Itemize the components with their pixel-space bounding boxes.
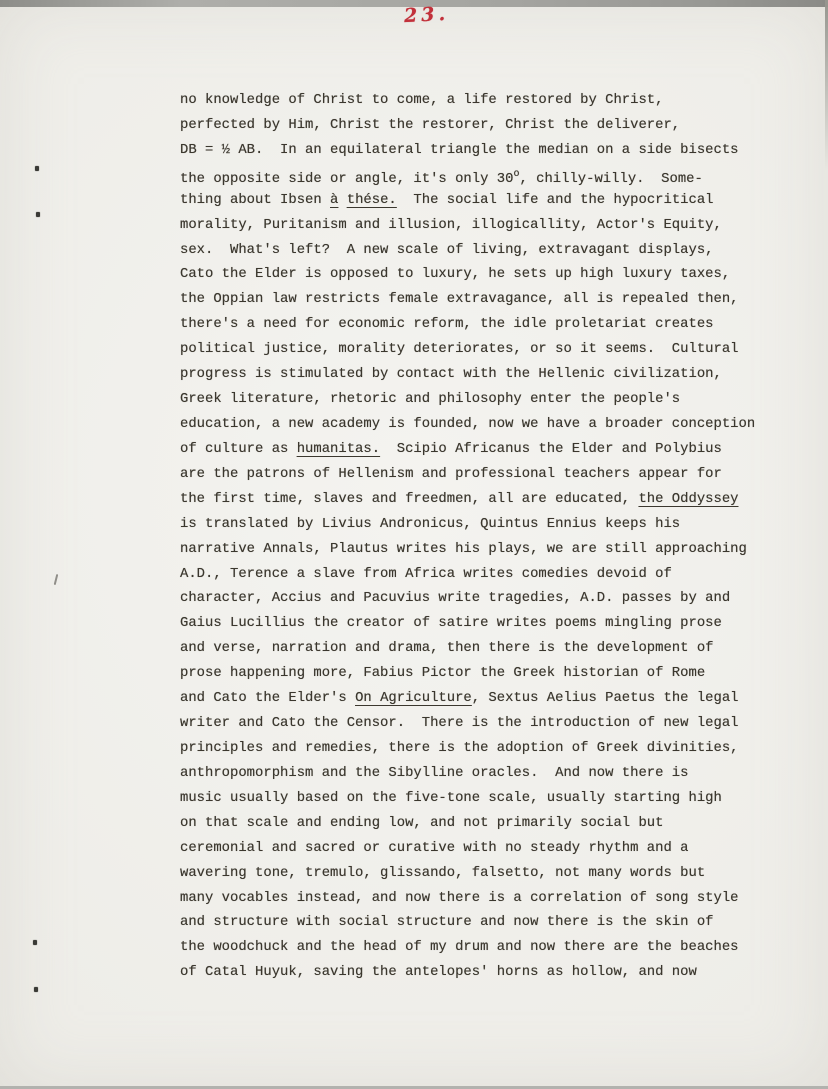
text-segment: progress is stimulated by contact with t… [180, 366, 722, 382]
text-line: are the patrons of Hellenism and profess… [180, 462, 755, 487]
text-line: and verse, narration and drama, then the… [180, 636, 755, 661]
text-line: DB = ½ AB. In an equilateral triangle th… [180, 138, 755, 163]
text-line: education, a new academy is founded, now… [180, 412, 755, 437]
text-line: Gaius Lucillius the creator of satire wr… [180, 611, 755, 636]
text-line: ceremonial and sacred or curative with n… [180, 836, 755, 861]
text-line: and Cato the Elder's On Agriculture, Sex… [180, 686, 755, 711]
text-segment: the opposite side or angle, it's only 30 [180, 171, 513, 187]
text-segment: wavering tone, tremulo, glissando, false… [180, 865, 705, 881]
text-segment: on that scale and ending low, and not pr… [180, 815, 663, 831]
text-segment: music usually based on the five-tone sca… [180, 790, 722, 806]
text-segment: ceremonial and sacred or curative with n… [180, 840, 688, 856]
text-line: principles and remedies, there is the ad… [180, 736, 755, 761]
text-line: no knowledge of Christ to come, a life r… [180, 88, 755, 113]
ink-speck [34, 987, 38, 992]
ink-speck [33, 940, 37, 945]
text-segment: the woodchuck and the head of my drum an… [180, 939, 739, 955]
text-line: sex. What's left? A new scale of living,… [180, 238, 755, 263]
text-line: character, Accius and Pacuvius write tra… [180, 586, 755, 611]
text-segment: character, Accius and Pacuvius write tra… [180, 590, 730, 606]
text-segment: DB = ½ AB. In an equilateral triangle th… [180, 142, 739, 158]
text-line: Greek literature, rhetoric and philosoph… [180, 387, 755, 412]
text-line: the woodchuck and the head of my drum an… [180, 935, 755, 960]
text-segment: A.D., Terence a slave from Africa writes… [180, 566, 672, 582]
text-line: writer and Cato the Censor. There is the… [180, 711, 755, 736]
text-segment: prose happening more, Fabius Pictor the … [180, 665, 705, 681]
text-line: political justice, morality deteriorates… [180, 337, 755, 362]
text-line: narrative Annals, Plautus writes his pla… [180, 537, 755, 562]
text-segment: Gaius Lucillius the creator of satire wr… [180, 615, 722, 631]
text-segment: , chilly-willy. Some- [519, 171, 702, 187]
text-line: of Catal Huyuk, saving the antelopes' ho… [180, 960, 755, 985]
text-line: on that scale and ending low, and not pr… [180, 811, 755, 836]
text-segment: Scipio Africanus the Elder and Polybius [380, 441, 722, 457]
ink-speck [35, 166, 39, 171]
text-segment: and structure with social structure and … [180, 914, 714, 930]
text-segment: , Sextus Aelius Paetus the legal [472, 690, 739, 706]
text-segment: there's a need for economic reform, the … [180, 316, 714, 332]
text-segment: education, a new academy is founded, now… [180, 416, 755, 432]
text-segment: anthropomorphism and the Sibylline oracl… [180, 765, 688, 781]
typewritten-text: no knowledge of Christ to come, a life r… [180, 88, 755, 985]
text-line: the first time, slaves and freedmen, all… [180, 487, 755, 512]
text-segment: narrative Annals, Plautus writes his pla… [180, 541, 747, 557]
text-segment: perfected by Him, Christ the restorer, C… [180, 117, 680, 133]
text-segment: are the patrons of Hellenism and profess… [180, 466, 722, 482]
underlined-text: the Oddyssey [638, 491, 738, 507]
text-line: progress is stimulated by contact with t… [180, 362, 755, 387]
text-segment: no knowledge of Christ to come, a life r… [180, 92, 663, 108]
text-segment: is translated by Livius Andronicus, Quin… [180, 516, 680, 532]
text-segment: principles and remedies, there is the ad… [180, 740, 739, 756]
underlined-text: humanitas. [297, 441, 380, 457]
text-line: A.D., Terence a slave from Africa writes… [180, 562, 755, 587]
text-segment: The social life and the hypocritical [397, 192, 714, 208]
text-segment: of culture as [180, 441, 297, 457]
text-segment: and Cato the Elder's [180, 690, 355, 706]
text-line: wavering tone, tremulo, glissando, false… [180, 861, 755, 886]
text-line: Cato the Elder is opposed to luxury, he … [180, 262, 755, 287]
text-segment: writer and Cato the Censor. There is the… [180, 715, 739, 731]
text-segment: morality, Puritanism and illusion, illog… [180, 217, 722, 233]
text-line: there's a need for economic reform, the … [180, 312, 755, 337]
text-line: thing about Ibsen à thése. The social li… [180, 188, 755, 213]
underlined-text: On Agriculture [355, 690, 472, 706]
text-segment: and verse, narration and drama, then the… [180, 640, 714, 656]
text-segment: sex. What's left? A new scale of living,… [180, 242, 714, 258]
text-line: is translated by Livius Andronicus, Quin… [180, 512, 755, 537]
text-line: morality, Puritanism and illusion, illog… [180, 213, 755, 238]
text-segment: of Catal Huyuk, saving the antelopes' ho… [180, 964, 697, 980]
text-line: many vocables instead, and now there is … [180, 886, 755, 911]
text-line: the Oppian law restricts female extravag… [180, 287, 755, 312]
text-segment: thing about Ibsen [180, 192, 330, 208]
text-segment: political justice, morality deteriorates… [180, 341, 739, 357]
text-segment: many vocables instead, and now there is … [180, 890, 739, 906]
ink-speck [36, 212, 40, 217]
text-segment: the Oppian law restricts female extravag… [180, 291, 739, 307]
text-line: prose happening more, Fabius Pictor the … [180, 661, 755, 686]
text-line: anthropomorphism and the Sibylline oracl… [180, 761, 755, 786]
text-line: perfected by Him, Christ the restorer, C… [180, 113, 755, 138]
text-line: and structure with social structure and … [180, 910, 755, 935]
text-segment: Greek literature, rhetoric and philosoph… [180, 391, 680, 407]
text-segment: Cato the Elder is opposed to luxury, he … [180, 266, 730, 282]
underlined-text: thése. [347, 192, 397, 208]
handwritten-page-number: 23. [403, 3, 449, 27]
text-line: of culture as humanitas. Scipio Africanu… [180, 437, 755, 462]
text-line: music usually based on the five-tone sca… [180, 786, 755, 811]
text-line: the opposite side or angle, it's only 30… [180, 163, 755, 188]
text-segment [338, 192, 346, 208]
text-segment: the first time, slaves and freedmen, all… [180, 491, 638, 507]
